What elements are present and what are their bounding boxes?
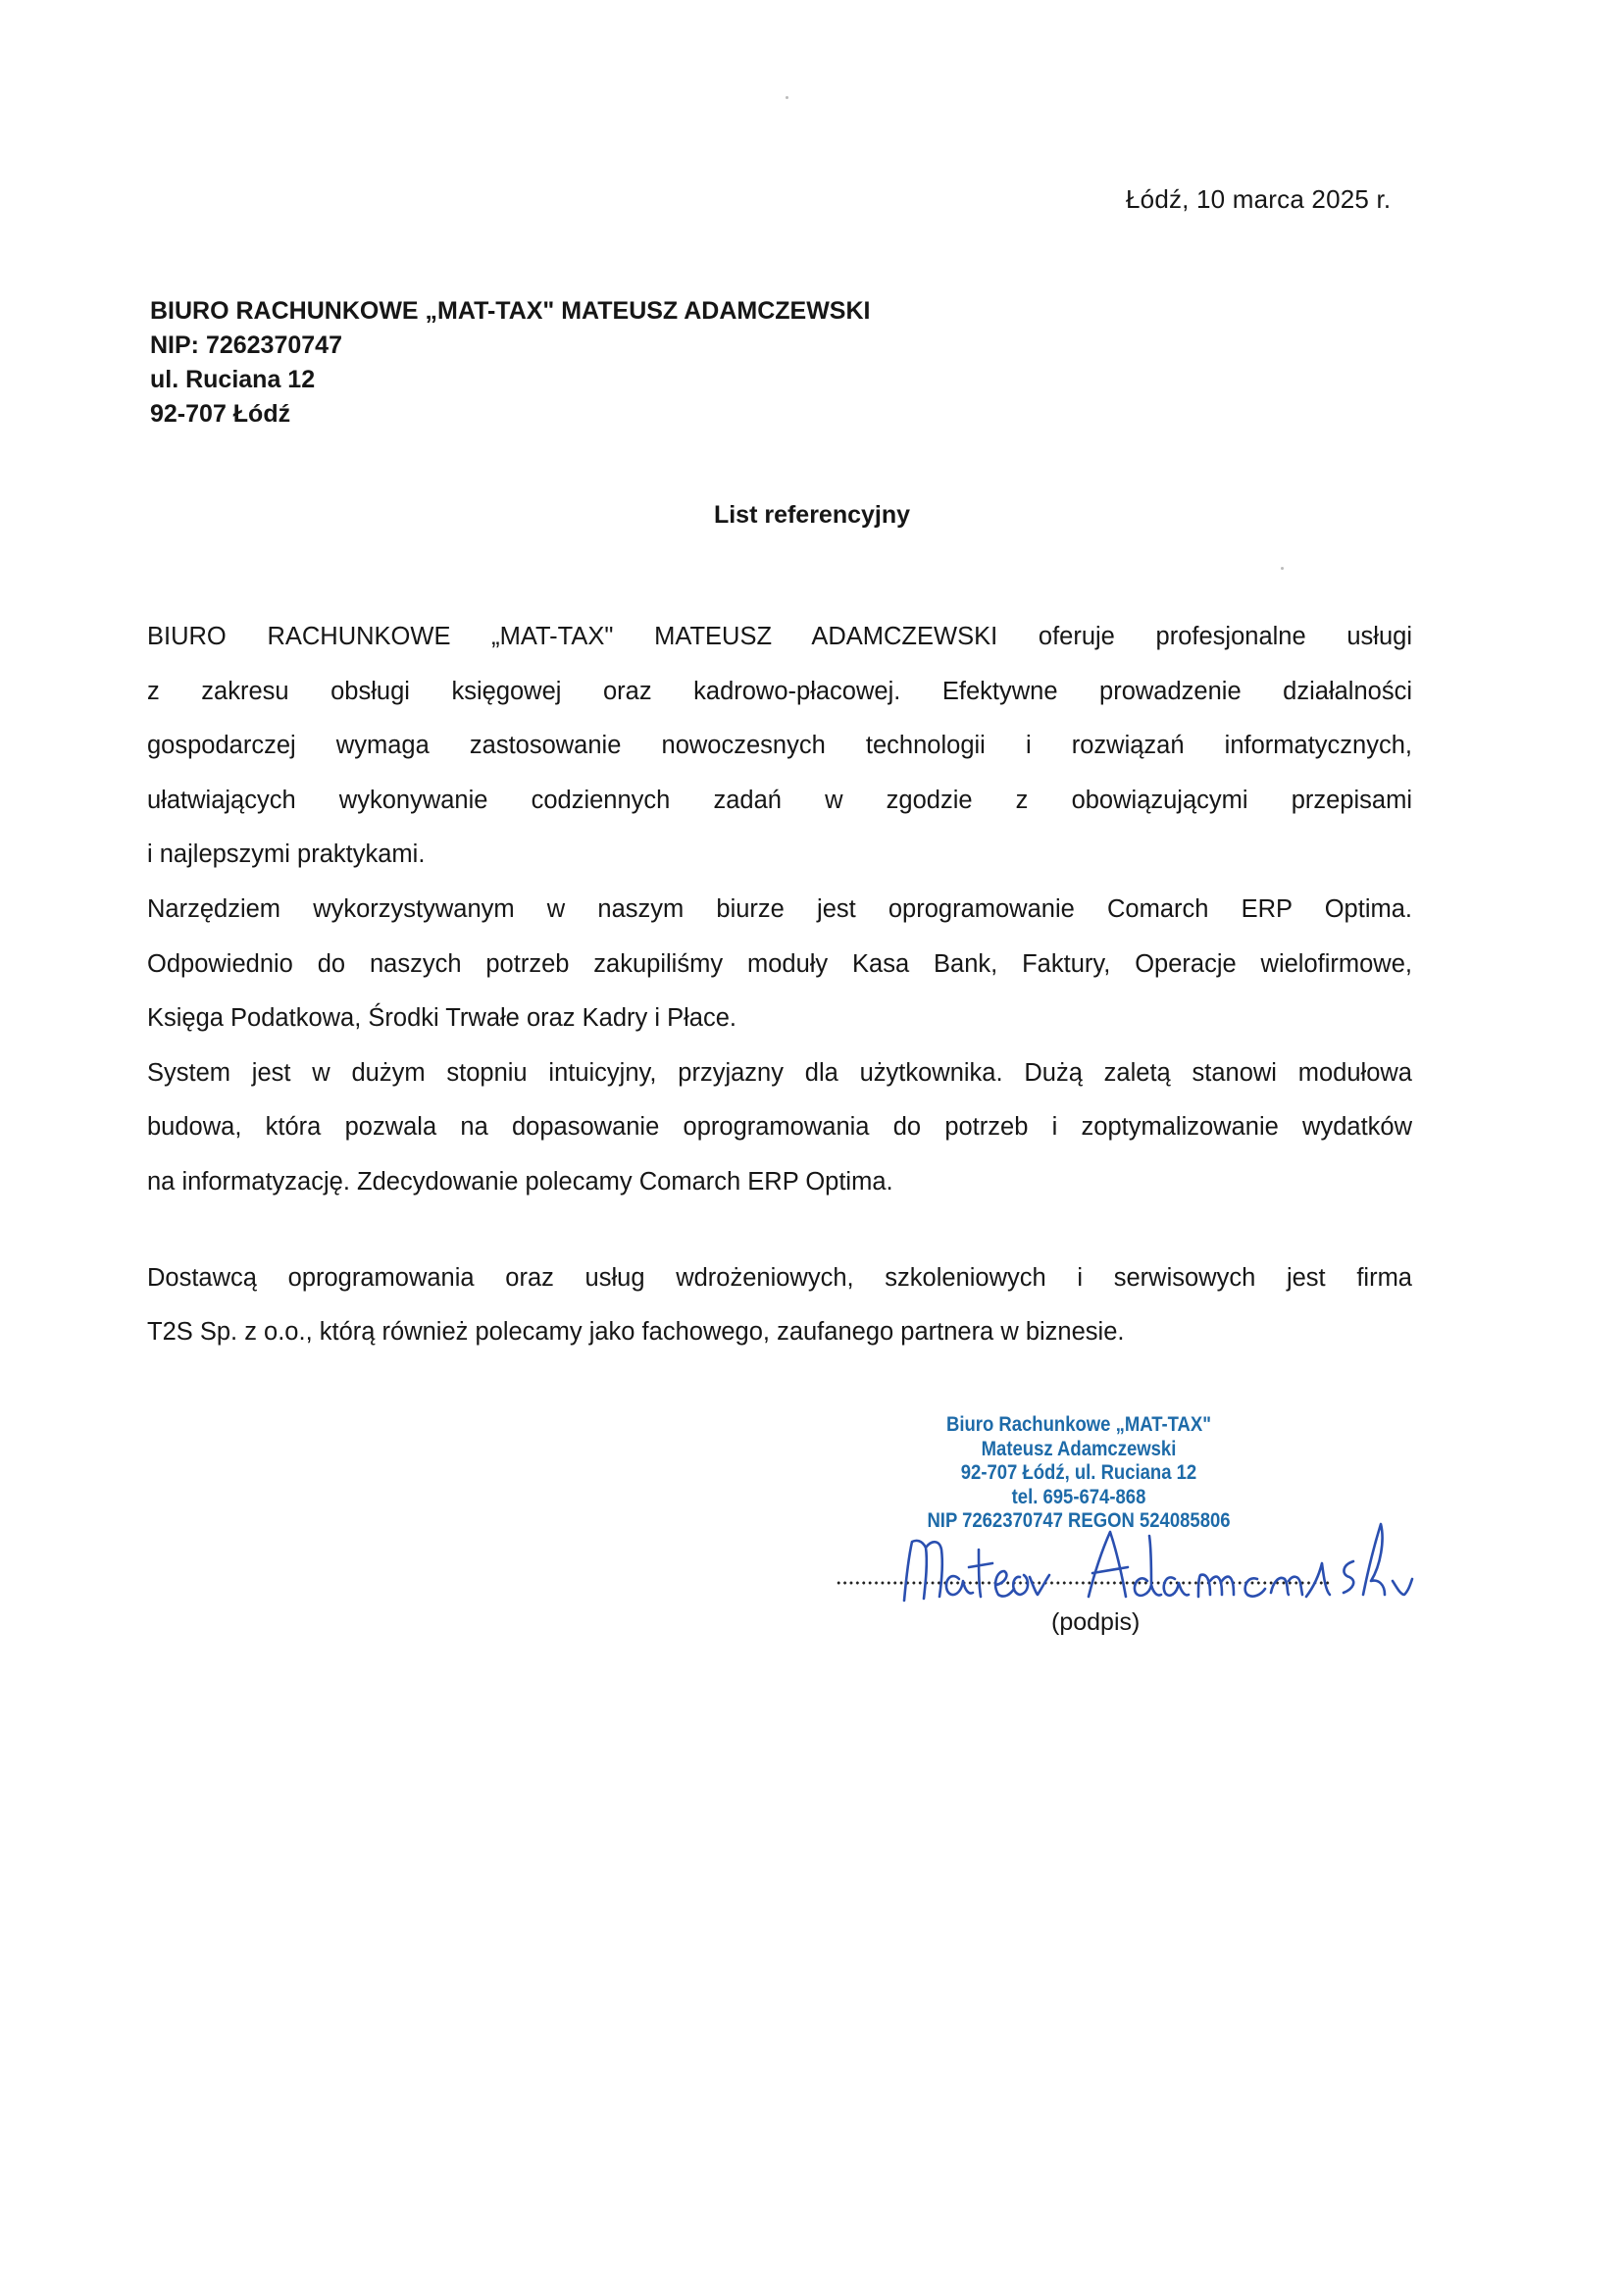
stamp-line-owner: Mateusz Adamczewski [893, 1437, 1264, 1461]
paragraph-gap [147, 1210, 1412, 1251]
text-line: T2S Sp. z o.o., którą również polecamy j… [147, 1305, 1412, 1360]
text-line: z zakresu obsługi księgowej oraz kadrowo… [147, 665, 1412, 720]
paragraph-supplier: Dostawcą oprogramowania oraz usług wdroż… [147, 1251, 1412, 1360]
stamp-line-phone: tel. 695-674-868 [893, 1485, 1264, 1509]
text-line: na informatyzację. Zdecydowanie polecamy… [147, 1155, 1412, 1210]
document-title: List referencyjny [0, 501, 1624, 530]
scan-speck [1281, 567, 1284, 570]
stamp-line-company: Biuro Rachunkowe „MAT-TAX" [893, 1412, 1264, 1437]
text-line: BIURO RACHUNKOWE „MAT-TAX" MATEUSZ ADAMC… [147, 610, 1412, 665]
text-line: Narzędziem wykorzystywanym w naszym biur… [147, 883, 1412, 938]
text-line: System jest w dużym stopniu intuicyjny, … [147, 1046, 1412, 1101]
text-line: budowa, która pozwala na dopasowanie opr… [147, 1100, 1412, 1155]
place-date: Łódź, 10 marca 2025 r. [1126, 184, 1391, 215]
sender-name: BIURO RACHUNKOWE „MAT-TAX" MATEUSZ ADAMC… [150, 294, 870, 329]
signature-caption: (podpis) [1051, 1608, 1140, 1637]
text-line: gospodarczej wymaga zastosowanie nowocze… [147, 719, 1412, 774]
text-line: i najlepszymi praktykami. [147, 828, 1412, 883]
scan-speck [786, 96, 788, 99]
text-line: Dostawcą oprogramowania oraz usług wdroż… [147, 1251, 1412, 1306]
stamp-line-address: 92-707 Łódź, ul. Ruciana 12 [893, 1460, 1264, 1485]
paragraph-intro: BIURO RACHUNKOWE „MAT-TAX" MATEUSZ ADAMC… [147, 610, 1412, 883]
text-line: Odpowiednio do naszych potrzeb zakupiliś… [147, 938, 1412, 993]
sender-street: ul. Ruciana 12 [150, 363, 870, 397]
text-line: Księga Podatkowa, Środki Trwałe oraz Kad… [147, 992, 1412, 1046]
letter-body: BIURO RACHUNKOWE „MAT-TAX" MATEUSZ ADAMC… [147, 610, 1412, 1360]
sender-city: 92-707 Łódź [150, 397, 870, 432]
text-line: ułatwiających wykonywanie codziennych za… [147, 774, 1412, 829]
sender-nip: NIP: 7262370747 [150, 329, 870, 363]
sender-block: BIURO RACHUNKOWE „MAT-TAX" MATEUSZ ADAMC… [150, 294, 870, 432]
handwritten-signature [883, 1510, 1432, 1618]
paragraph-software: Narzędziem wykorzystywanym w naszym biur… [147, 883, 1412, 1046]
paragraph-system: System jest w dużym stopniu intuicyjny, … [147, 1046, 1412, 1210]
